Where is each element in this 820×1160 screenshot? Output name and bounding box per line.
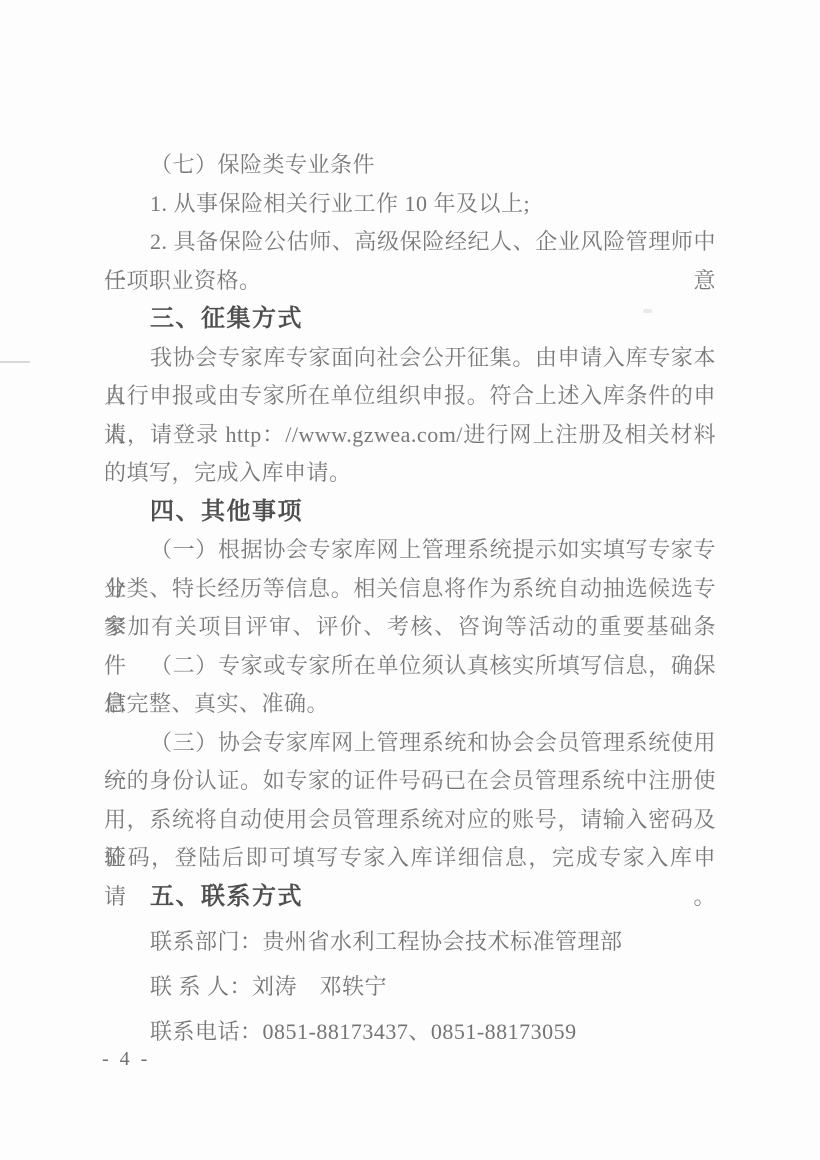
contact-line-department: 联系部门：贵州省水利工程协会技术标准管理部 <box>104 923 716 962</box>
page-number: - 4 - <box>102 1048 150 1071</box>
contact-value: 贵州省水利工程协会技术标准管理部 <box>263 929 623 954</box>
contact-line-phone: 联系电话：0851-88173437、0851-88173059 <box>104 1013 716 1052</box>
body-line: （一）根据协会专家库网上管理系统提示如实填写专家专业 <box>104 531 716 570</box>
body-line: 我协会专家库专家面向社会公开征集。由申请入库专家本人 <box>104 339 716 378</box>
contact-line-person: 联 系 人：刘涛 邓轶宁 <box>104 968 716 1007</box>
scanned-document-page: （七）保险类专业条件 1. 从事保险相关行业工作 10 年及以上; 2. 具备保… <box>0 0 820 1160</box>
body-line: 一的身份认证。如专家的证件号码已在会员管理系统中注册使 <box>104 762 716 801</box>
body-line-url: 人，请登录 http：//www.gzwea.com/进行网上注册及相关材料 <box>104 416 716 455</box>
body-line: （二）专家或专家所在单位须认真核实所填写信息，确保信 <box>104 647 716 686</box>
contact-label: 联 系 人： <box>150 974 252 999</box>
body-line: 证码，登陆后即可填写专家入库详细信息，完成专家入库申请。 <box>104 839 716 878</box>
scan-artifact-dash <box>0 361 30 363</box>
section-heading: 三、征集方式 <box>104 300 716 339</box>
subsection-title: （七）保险类专业条件 <box>104 146 716 185</box>
contact-value: 0851-88173437、0851-88173059 <box>263 1019 577 1044</box>
body-line: 的填写，完成入库申请。 <box>104 454 716 493</box>
body-line: 参加有关项目评审、评价、考核、咨询等活动的重要基础条件。 <box>104 608 716 647</box>
body-line: 分类、特长经历等信息。相关信息将作为系统自动抽选候选专家 <box>104 570 716 609</box>
body-line: （三）协会专家库网上管理系统和协会会员管理系统使用统 <box>104 724 716 763</box>
body-line: 用，系统将自动使用会员管理系统对应的账号，请输入密码及验 <box>104 801 716 840</box>
section-heading: 四、其他事项 <box>104 493 716 532</box>
body-line: 1. 从事保险相关行业工作 10 年及以上; <box>104 185 716 224</box>
contact-value: 刘涛 邓轶宁 <box>252 974 387 999</box>
contact-label: 联系部门： <box>150 929 263 954</box>
body-line: 2. 具备保险公估师、高级保险经纪人、企业风险管理师中任意 <box>104 223 716 262</box>
body-line: 自行申报或由专家所在单位组织申报。符合上述入库条件的申请 <box>104 377 716 416</box>
contact-label: 联系电话： <box>150 1019 263 1044</box>
body-line: 息完整、真实、准确。 <box>104 685 716 724</box>
document-body: （七）保险类专业条件 1. 从事保险相关行业工作 10 年及以上; 2. 具备保… <box>104 146 716 1051</box>
